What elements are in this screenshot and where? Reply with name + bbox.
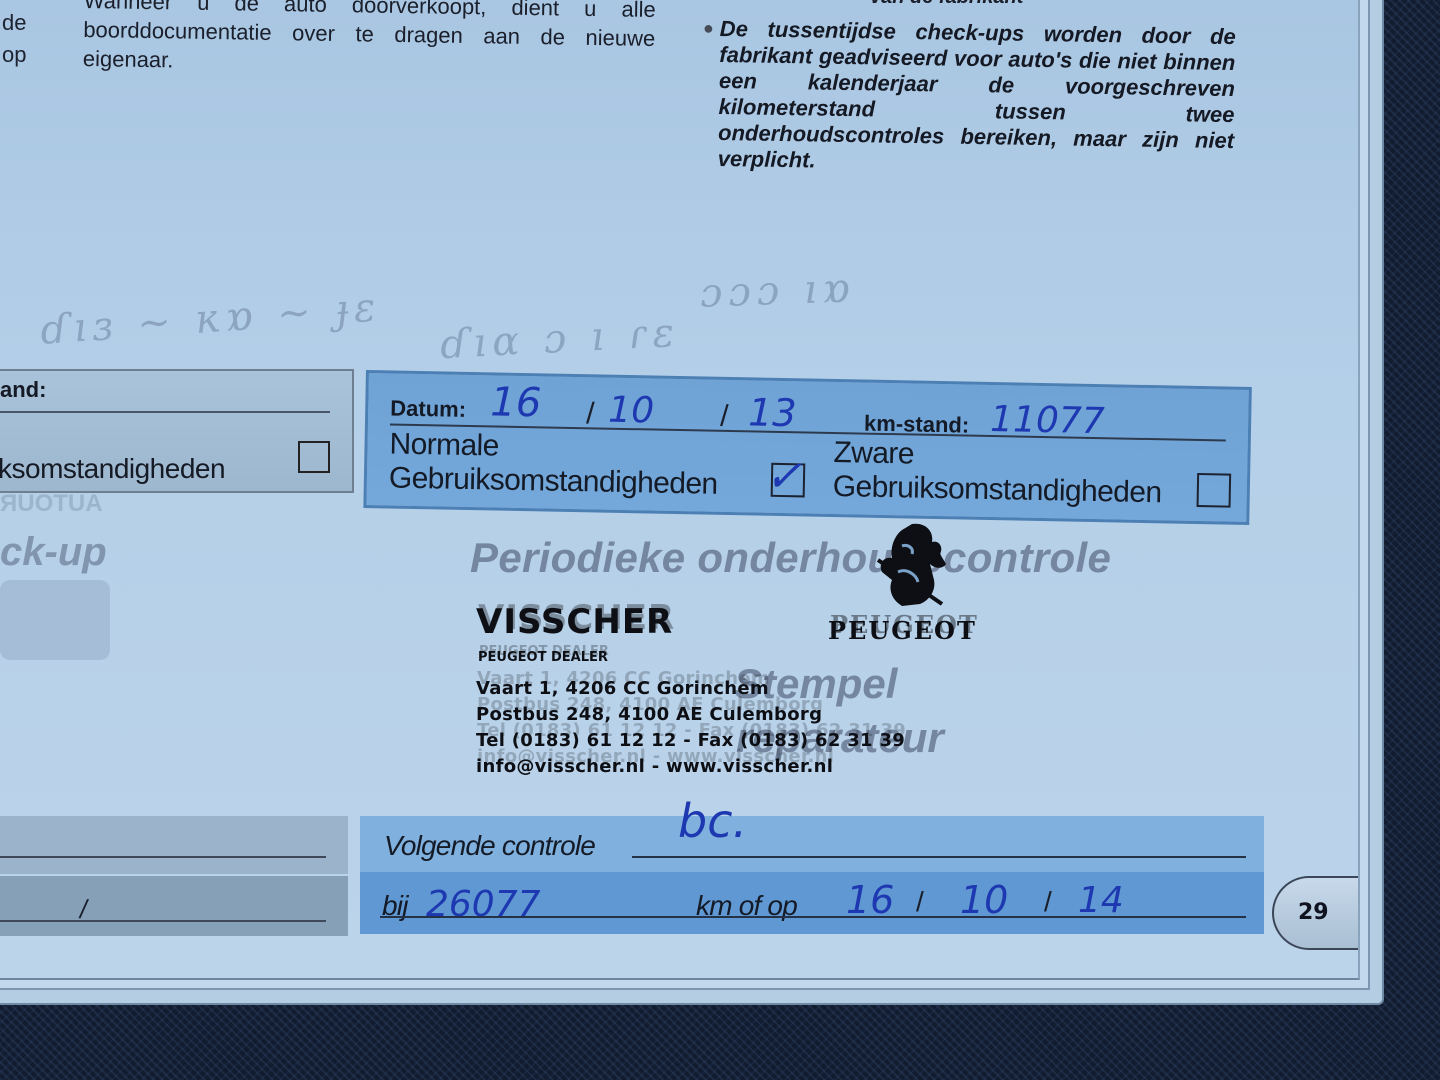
- previous-next-service-date-line: /: [0, 876, 348, 936]
- date-separator: /: [720, 400, 729, 434]
- date-year-field[interactable]: 13: [748, 390, 797, 435]
- next-service-label: Volgende controle: [384, 830, 595, 862]
- conditions-label: ksomstandigheden: [0, 453, 225, 485]
- date-day-field[interactable]: 16: [490, 379, 542, 426]
- date-separator: /: [1044, 886, 1052, 918]
- input-line[interactable]: [0, 856, 326, 858]
- km-input-line[interactable]: [0, 411, 330, 413]
- normal-conditions-label: Normale Gebruiksomstandigheden: [389, 427, 719, 501]
- handwriting-impression: ɗıɑ ɔ ı ɾɛ: [439, 310, 681, 368]
- date-separator: /: [586, 397, 595, 431]
- next-km-field[interactable]: 26077: [426, 884, 541, 925]
- address-line: Postbus 248, 4100 AE Culemborg: [476, 704, 822, 726]
- km-label: km-stand:: [864, 411, 970, 439]
- next-service-field[interactable]: bc.: [678, 794, 747, 848]
- next-service-due-row: bij 26077 km of op 16 / 10 / 14: [360, 872, 1264, 934]
- printed-ghost-shape: [0, 580, 110, 660]
- label-line: Gebruiksomstandigheden: [389, 461, 718, 501]
- next-service-row: Volgende controle bc.: [360, 816, 1264, 872]
- section-heading-fragment: van de fabrikant: [870, 0, 1023, 9]
- date-month-field[interactable]: 10: [608, 390, 655, 432]
- printed-title: Periodieke onderhoudscontrole: [470, 534, 1111, 582]
- text-fragment: de: [2, 10, 26, 36]
- checkup-paragraph: De tussentijdse check-ups worden door de…: [718, 16, 1236, 180]
- stamp-area: Periodieke onderhoudscontrole Stempel re…: [366, 510, 1256, 810]
- handwriting-impression: ɔɔɔ ıɒ: [699, 265, 856, 316]
- address-line: info@visscher.nl - www.visscher.nl: [476, 756, 833, 778]
- heavy-conditions-checkbox[interactable]: [1197, 473, 1232, 508]
- handwriting-impression: ɗıɜ ~ ĸɒ ~ ɟɛ: [39, 284, 383, 354]
- km-field[interactable]: 11077: [990, 399, 1105, 442]
- date-label: Datum:: [390, 395, 466, 422]
- printed-ghost-text: ЯUOTUA: [0, 490, 103, 518]
- address-line: Tel (0183) 61 12 12 - Fax (0183) 62 31 3…: [476, 730, 905, 752]
- resale-paragraph: Wanneer u de auto doorverkoopt, dient u …: [83, 0, 656, 82]
- previous-next-service-line: [0, 816, 348, 874]
- previous-entry-box: and: ksomstandigheden: [0, 369, 354, 493]
- km-label: and:: [0, 377, 46, 403]
- heavy-conditions-label: Zware Gebruiksomstandigheden: [833, 436, 1163, 510]
- date-separator: /: [916, 886, 924, 918]
- text-fragment: op: [2, 42, 26, 68]
- brand-name: PEUGEOT: [828, 616, 977, 645]
- dealer-name: VISSCHER: [476, 602, 673, 642]
- booklet-page: de op Wanneer u de auto doorverkoopt, di…: [0, 0, 1360, 980]
- next-date-day-field[interactable]: 16: [846, 878, 894, 922]
- normal-conditions-checkbox[interactable]: ✓: [771, 463, 806, 498]
- bullet-icon: ●: [703, 18, 714, 39]
- next-service-line: [632, 856, 1246, 858]
- input-line[interactable]: [0, 920, 326, 922]
- dealer-tagline: PEUGEOT DEALER: [478, 650, 608, 665]
- check-mark-icon: ✓: [765, 451, 803, 503]
- address-line: Vaart 1, 4206 CC Gorinchem: [476, 678, 769, 700]
- printed-ghost-heading: ck-up: [0, 530, 107, 575]
- next-date-month-field[interactable]: 10: [960, 878, 1008, 922]
- service-entry-form: Datum: 16 / 10 / 13 km-stand: 11077 Norm…: [363, 370, 1251, 525]
- page-number: 29: [1298, 900, 1329, 925]
- page-number-tab: 29: [1272, 876, 1360, 950]
- label-line: Gebruiksomstandigheden: [833, 470, 1162, 510]
- next-date-year-field[interactable]: 14: [1078, 880, 1124, 921]
- peugeot-lion-icon: [872, 520, 952, 610]
- conditions-checkbox[interactable]: [298, 441, 330, 473]
